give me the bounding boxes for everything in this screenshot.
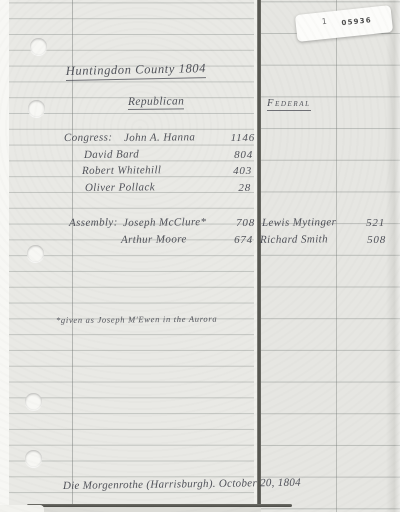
candidate-name: Robert Whitehill <box>82 164 162 177</box>
backdrop-strip <box>9 507 261 512</box>
assembly-section-label: Assembly: <box>69 216 118 229</box>
scanned-document: 1 05936 Huntingdon County 1804 Republica… <box>0 0 400 512</box>
candidate-name: David Bard <box>84 148 139 161</box>
candidate-name: Joseph McClure* <box>123 216 207 229</box>
assembly-row: Assembly: Joseph McClure* 708 Lewis Myti… <box>0 217 400 234</box>
punch-hole <box>30 38 47 55</box>
vote-count: 508 <box>367 234 386 246</box>
congress-row: Congress: John A. Hanna 1146 <box>0 132 400 149</box>
congress-row: David Bard 804 <box>0 149 400 166</box>
vote-count: 804 <box>234 149 253 161</box>
punch-hole <box>25 450 42 467</box>
page-title: Huntingdon County 1804 <box>66 61 207 81</box>
punch-hole <box>25 393 42 410</box>
sticker-code: 05936 <box>341 16 372 27</box>
assembly-row: Arthur Moore 674 Richard Smith 508 <box>0 234 400 251</box>
vote-count: 521 <box>366 217 385 229</box>
candidate-name: Lewis Mytinger <box>262 216 336 229</box>
citation-row: Die Morgenrothe (Harrisburgh). October 2… <box>0 480 400 497</box>
sticker-tick: 1 <box>321 17 327 26</box>
candidate-name: John A. Hanna <box>124 131 195 144</box>
column-headers-row: Republican Federal <box>0 96 400 113</box>
vote-count: 708 <box>236 217 255 229</box>
candidate-name: Oliver Pollack <box>85 181 155 194</box>
vote-count: 28 <box>238 182 251 194</box>
congress-section-label: Congress: <box>64 131 113 144</box>
vote-count: 674 <box>234 234 253 246</box>
candidate-name: Arthur Moore <box>121 233 187 246</box>
column-header-republican: Republican <box>128 95 185 110</box>
vote-count: 403 <box>233 165 252 177</box>
title-row: Huntingdon County 1804 <box>0 64 400 81</box>
footnote: *given as Joseph M'Ewen in the Aurora <box>56 314 217 325</box>
footnote-row: *given as Joseph M'Ewen in the Aurora <box>0 315 400 332</box>
candidate-name: Richard Smith <box>260 233 328 246</box>
congress-row: Robert Whitehill 403 <box>0 165 400 182</box>
citation: Die Morgenrothe (Harrisburgh). October 2… <box>63 477 301 492</box>
scanner-corner <box>0 505 44 512</box>
vote-count: 1146 <box>231 132 255 144</box>
congress-row: Oliver Pollack 28 <box>0 182 400 199</box>
column-header-federal: Federal <box>267 98 311 111</box>
